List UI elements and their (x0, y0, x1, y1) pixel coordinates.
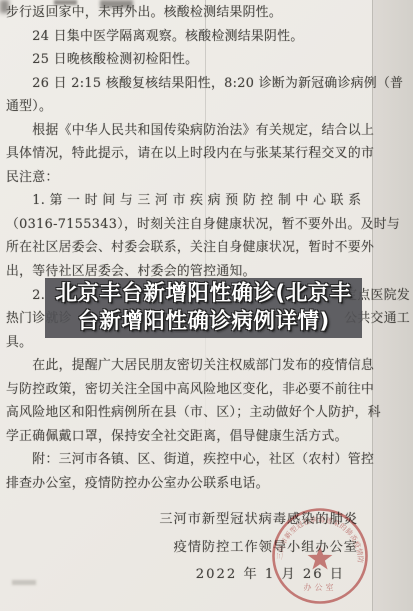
covered-line-left-fragment: 2. (6, 284, 45, 308)
notice-line: 通型）。 (6, 95, 370, 119)
seal-bottom-text: 办公室 (304, 582, 337, 592)
notice-body: 步行返回家中，未再外出。核酸检测结果阴性。 24 日集中医学隔离观察。核酸检测结… (6, 1, 370, 495)
news-title-line1: 北京丰台新增阳性确诊(北京丰 (55, 280, 351, 308)
notice-line: 步行返回家中，未再外出。核酸检测结果阴性。 (6, 1, 370, 25)
notice-line: （0316-7155343），时刻关注自身健康状况，暂不要外出。及时与 (6, 213, 370, 237)
notice-line: 26 日 2:15 核酸复核结果阳性，8:20 诊断为新冠确诊病例（普 (6, 72, 370, 96)
notice-line: 具体情况，特此提示，请在以上时段内在与张某某行程交叉的市 (6, 142, 370, 166)
notice-line: 附：三河市各镇、区、街道，疾控中心，社区（农村）管控 (6, 448, 370, 472)
news-title-overlay: 北京丰台新增阳性确诊(北京丰 台新增阳性确诊病例详情) (45, 278, 362, 338)
notice-line: 24 日集中医学隔离观察。核酸检测结果阴性。 (6, 25, 370, 49)
notice-line: 高风险地区和阳性病例所在县（市、区）；主动做好个人防护，科 (6, 401, 370, 425)
notice-line: 所在社区居委会、村委会联系，关注自身健康状况，暂时不要外 (6, 236, 370, 260)
news-title-line2: 台新增阳性确诊病例详情) (77, 308, 329, 336)
document-photo: 步行返回家中，未再外出。核酸检测结果阴性。 24 日集中医学隔离观察。核酸检测结… (0, 0, 413, 611)
notice-line: 1. 第 一 时 间 与 三 河 市 疾 病 预 防 控 制 中 心 联 系 (6, 189, 370, 213)
notice-line: 在此，提醒广大居民朋友密切关注权威部门发布的疫情信息 (6, 354, 370, 378)
notice-line: 学正确佩戴口罩，保持安全社交距离，倡导健康生活方式。 (6, 425, 370, 449)
notice-line: 25 日晚核酸检测初检阳性。 (6, 48, 370, 72)
notice-line: 民注意： (6, 166, 370, 190)
official-red-seal: 三河市新型冠状病毒感染的肺炎疫情防控工作领导小组 办公室 (270, 506, 370, 606)
notice-line: 与防控政策，密切关注全国中高风险地区变化，非必要不前往中 (6, 378, 370, 402)
photo-artifact (12, 580, 36, 585)
notice-line: 排查办公室，疫情防控办公室办公联系电话。 (6, 472, 370, 496)
notice-line: 根据《中华人民共和国传染病防治法》有关规定，结合以上 (6, 119, 370, 143)
seal-star-icon (308, 546, 333, 570)
